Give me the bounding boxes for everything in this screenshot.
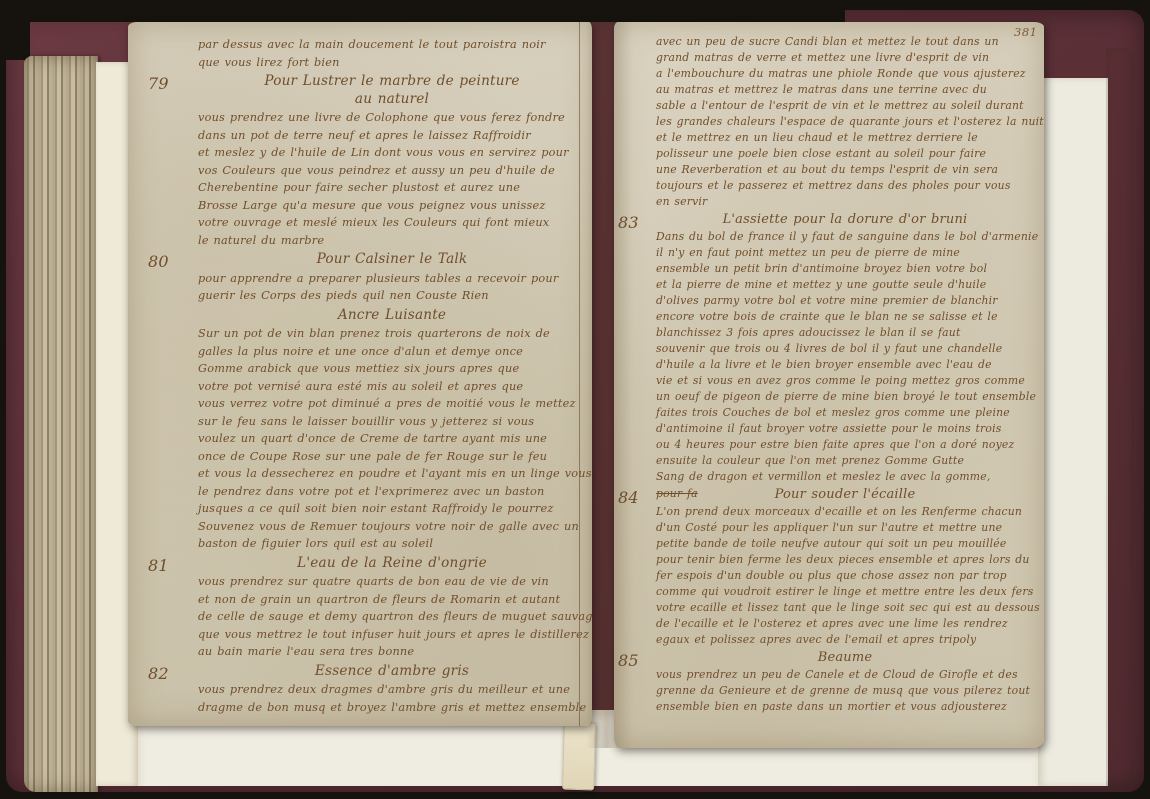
manuscript-line: Brosse Large qu'a mesure que vous peigne…: [198, 197, 586, 215]
manuscript-line: une Reverberation et au bout du temps l'…: [656, 162, 1034, 178]
manuscript-line: vous verrez votre pot diminué a pres de …: [198, 395, 586, 413]
manuscript-line: d'un Costé pour les appliquer l'un sur l…: [656, 520, 1034, 536]
manuscript-line: et la pierre de mine et mettez y une gou…: [656, 277, 1034, 293]
manuscript-line: et meslez y de l'huile de Lin dont vous …: [198, 144, 586, 162]
section-number-80: 80: [148, 252, 169, 271]
manuscript-line: L'assiette pour la dorure d'or bruni: [656, 212, 1034, 228]
manuscript-paragraph: vous prendrez un peu de Canele et de Clo…: [656, 667, 1034, 715]
manuscript-paragraph: vous prendrez deux dragmes d'ambre gris …: [198, 681, 586, 716]
manuscript-paragraph: L'on prend deux morceaux d'ecaille et on…: [656, 504, 1034, 648]
manuscript-line: par dessus avec la main doucement le tou…: [198, 36, 586, 54]
section-number-85: 85: [618, 651, 639, 670]
manuscript-line: dans un pot de terre neuf et apres le la…: [198, 127, 586, 145]
manuscript-page-left: par dessus avec la main doucement le tou…: [128, 22, 592, 726]
manuscript-line: vous prendrez sur quatre quarts de bon e…: [198, 573, 586, 591]
manuscript-line: encore votre bois de crainte que le blan…: [656, 309, 1034, 325]
manuscript-photo: { "book": { "folio_number": "381" }, "le…: [0, 0, 1150, 799]
manuscript-line: Gomme arabick que vous mettiez six jours…: [198, 360, 586, 378]
manuscript-line: souvenir que trois ou 4 livres de bol il…: [656, 341, 1034, 357]
manuscript-line: et le mettrez en un lieu chaud et le met…: [656, 130, 1034, 146]
manuscript-line: faites trois Couches de bol et meslez gr…: [656, 405, 1034, 421]
manuscript-line: votre ouvrage et meslé mieux les Couleur…: [198, 214, 586, 232]
manuscript-line: Essence d'ambre gris: [198, 663, 586, 681]
manuscript-line: de celle de sauge et demy quartron des f…: [198, 608, 586, 626]
folio-number: 381: [1014, 25, 1037, 39]
manuscript-line: un oeuf de pigeon de pierre de mine bien…: [656, 389, 1034, 405]
background-shadow-corner: [0, 0, 30, 60]
manuscript-line: pour apprendre a preparer plusieurs tabl…: [198, 270, 586, 288]
recipe-heading: 81L'eau de la Reine d'ongrie: [198, 555, 586, 573]
left-page-text-column: par dessus avec la main doucement le tou…: [198, 36, 586, 716]
manuscript-line: le naturel du marbre: [198, 232, 586, 250]
manuscript-line: et vous la dessecherez en poudre et l'ay…: [198, 465, 586, 483]
manuscript-line: Sur un pot de vin blan prenez trois quar…: [198, 325, 586, 343]
manuscript-line: grenne da Genieure et de grenne de musq …: [656, 683, 1034, 699]
page-edge-stack-left: [24, 56, 98, 792]
background-shadow-top: [0, 0, 845, 22]
page-edge-stack-right: [1106, 48, 1134, 788]
manuscript-line: d'huile a la livre et le bien broyer ens…: [656, 357, 1034, 373]
manuscript-line: d'olives parmy votre bol et votre mine p…: [656, 293, 1034, 309]
manuscript-line: au bain marie l'eau sera tres bonne: [198, 643, 586, 661]
manuscript-line: polisseur une poele bien close estant au…: [656, 146, 1034, 162]
manuscript-line: Beaume: [656, 650, 1034, 666]
manuscript-line: il n'y en faut point mettez un peu de pi…: [656, 245, 1034, 261]
manuscript-line: once de Coupe Rose sur une pale de fer R…: [198, 448, 586, 466]
manuscript-line: le pendrez dans votre pot et l'exprimere…: [198, 483, 586, 501]
manuscript-line: voulez un quart d'once de Creme de tartr…: [198, 430, 586, 448]
manuscript-line: jusques a ce quil soit bien noir estant …: [198, 500, 586, 518]
struck-out-text: pour fa: [656, 487, 698, 500]
recipe-heading: 85Beaume: [656, 650, 1034, 666]
manuscript-paragraph: vous prendrez une livre de Colophone que…: [198, 109, 586, 249]
manuscript-line: ensemble un petit brin d'antimoine broye…: [656, 261, 1034, 277]
manuscript-line: sable a l'entour de l'esprit de vin et l…: [656, 98, 1034, 114]
manuscript-line: au naturel: [198, 91, 586, 109]
manuscript-line: galles la plus noire et une once d'alun …: [198, 343, 586, 361]
manuscript-line: ou 4 heures pour estre bien faite apres …: [656, 437, 1034, 453]
manuscript-line: blanchissez 3 fois apres adoucissez le b…: [656, 325, 1034, 341]
manuscript-line: ensuite la couleur que l'on met prenez G…: [656, 453, 1034, 469]
manuscript-line: pour tenir bien ferme les deux pieces en…: [656, 552, 1034, 568]
manuscript-line: Pour Calsiner le Talk: [198, 251, 586, 269]
manuscript-line: toujours et le passerez et mettrez dans …: [656, 178, 1034, 194]
recipe-heading: 79Pour Lustrer le marbre de peintureau n…: [198, 73, 586, 108]
manuscript-line: au matras et mettrez le matras dans une …: [656, 82, 1034, 98]
manuscript-paragraph: par dessus avec la main doucement le tou…: [198, 36, 586, 71]
manuscript-line: et non de grain un quartron de fleurs de…: [198, 591, 586, 609]
manuscript-line: Dans du bol de france il y faut de sangu…: [656, 229, 1034, 245]
recipe-heading: 83L'assiette pour la dorure d'or bruni: [656, 212, 1034, 228]
section-number-84: 84: [618, 488, 639, 507]
manuscript-line: guerir les Corps des pieds quil nen Cous…: [198, 287, 586, 305]
manuscript-line: comme qui voudroit estirer le linge et m…: [656, 584, 1034, 600]
manuscript-line: que vous lirez fort bien: [198, 54, 586, 72]
manuscript-line: Cherebentine pour faire secher plustost …: [198, 179, 586, 197]
manuscript-line: baston de figuier lors quil est au solei…: [198, 535, 586, 553]
manuscript-paragraph: Sur un pot de vin blan prenez trois quar…: [198, 325, 586, 553]
section-number-81: 81: [148, 556, 169, 575]
bookmark-tab: [562, 722, 596, 791]
manuscript-line: vous prendrez une livre de Colophone que…: [198, 109, 586, 127]
manuscript-line: Sang de dragon et vermillon et meslez le…: [656, 469, 1034, 485]
manuscript-line: vous prendrez deux dragmes d'ambre gris …: [198, 681, 586, 699]
manuscript-paragraph: vous prendrez sur quatre quarts de bon e…: [198, 573, 586, 661]
interleaf-right: [1038, 78, 1108, 786]
manuscript-line: en servir: [656, 194, 1034, 210]
manuscript-line: L'eau de la Reine d'ongrie: [198, 555, 586, 573]
recipe-heading: 82Essence d'ambre gris: [198, 663, 586, 681]
manuscript-line: egaux et polissez apres avec de l'email …: [656, 632, 1034, 648]
section-number-82: 82: [148, 664, 169, 683]
manuscript-line: ensemble bien en paste dans un mortier e…: [656, 699, 1034, 715]
manuscript-line: Ancre Luisante: [198, 307, 586, 325]
manuscript-line: L'on prend deux morceaux d'ecaille et on…: [656, 504, 1034, 520]
manuscript-line: sur le feu sans le laisser bouillir vous…: [198, 413, 586, 431]
manuscript-line: vos Couleurs que vous peindrez et aussy …: [198, 162, 586, 180]
right-page-text-column: avec un peu de sucre Candi blan et mette…: [656, 34, 1034, 715]
manuscript-line: a l'embouchure du matras une phiole Rond…: [656, 66, 1034, 82]
manuscript-line: Pour Lustrer le marbre de peinture: [198, 73, 586, 91]
manuscript-line: votre pot vernisé aura esté mis au solei…: [198, 378, 586, 396]
manuscript-line: fer espois d'un double ou plus que chose…: [656, 568, 1034, 584]
manuscript-line: les grandes chaleurs l'espace de quarant…: [656, 114, 1034, 130]
manuscript-line: d'antimoine il faut broyer votre assiett…: [656, 421, 1034, 437]
manuscript-line: grand matras de verre et mettez une livr…: [656, 50, 1034, 66]
manuscript-page-right: avec un peu de sucre Candi blan et mette…: [614, 22, 1044, 748]
manuscript-line: petite bande de toile neufve autour qui …: [656, 536, 1034, 552]
manuscript-line: Pour souder l'écaille: [656, 487, 1034, 503]
manuscript-paragraph: avec un peu de sucre Candi blan et mette…: [656, 34, 1034, 210]
manuscript-line: votre ecaille et lissez tant que le ling…: [656, 600, 1034, 616]
manuscript-line: dragme de bon musq et broyez l'ambre gri…: [198, 699, 586, 717]
manuscript-line: avec un peu de sucre Candi blan et mette…: [656, 34, 1034, 50]
manuscript-line: vie et si vous en avez gros comme le poi…: [656, 373, 1034, 389]
recipe-heading: 84pour faPour souder l'écaille: [656, 487, 1034, 503]
recipe-heading: 80Pour Calsiner le Talk: [198, 251, 586, 269]
manuscript-line: que vous mettrez le tout infuser huit jo…: [198, 626, 586, 644]
recipe-heading: Ancre Luisante: [198, 307, 586, 325]
manuscript-line: Souvenez vous de Remuer toujours votre n…: [198, 518, 586, 536]
section-number-83: 83: [618, 213, 639, 232]
manuscript-line: de l'ecaille et le l'osterez et apres av…: [656, 616, 1034, 632]
manuscript-paragraph: Dans du bol de france il y faut de sangu…: [656, 229, 1034, 485]
section-number-79: 79: [148, 74, 169, 93]
manuscript-line: vous prendrez un peu de Canele et de Clo…: [656, 667, 1034, 683]
manuscript-paragraph: pour apprendre a preparer plusieurs tabl…: [198, 270, 586, 305]
